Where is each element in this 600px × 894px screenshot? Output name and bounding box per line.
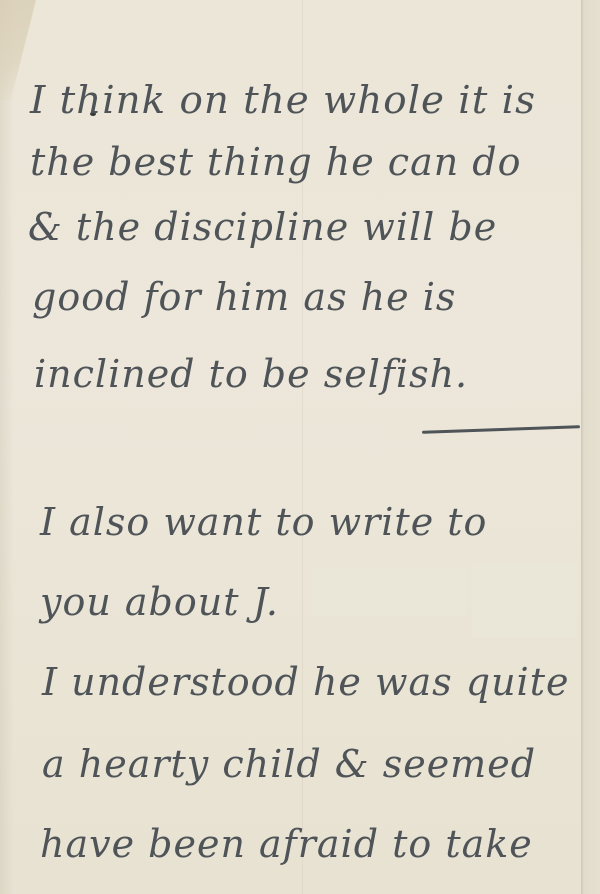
letter-line: you about J. bbox=[40, 580, 279, 624]
letter-line: a hearty child & seemed bbox=[42, 742, 536, 786]
letter-page: I think on the whole it is the best thin… bbox=[0, 0, 600, 894]
letter-line: I also want to write to bbox=[40, 500, 487, 544]
redaction-box bbox=[312, 568, 466, 616]
redaction-box bbox=[472, 563, 577, 637]
paper-right-edge bbox=[581, 0, 600, 894]
letter-line: have been afraid to take bbox=[40, 822, 533, 866]
section-divider-stroke bbox=[422, 425, 580, 434]
letter-line: the best thing he can do bbox=[30, 140, 522, 184]
letter-line: I think on the whole it is bbox=[30, 78, 536, 122]
letter-line: inclined to be selfish. bbox=[34, 352, 468, 396]
letter-line: I understood he was quite bbox=[42, 660, 569, 704]
letter-line: good for him as he is bbox=[32, 275, 456, 319]
letter-line: & the discipline will be bbox=[28, 205, 497, 249]
